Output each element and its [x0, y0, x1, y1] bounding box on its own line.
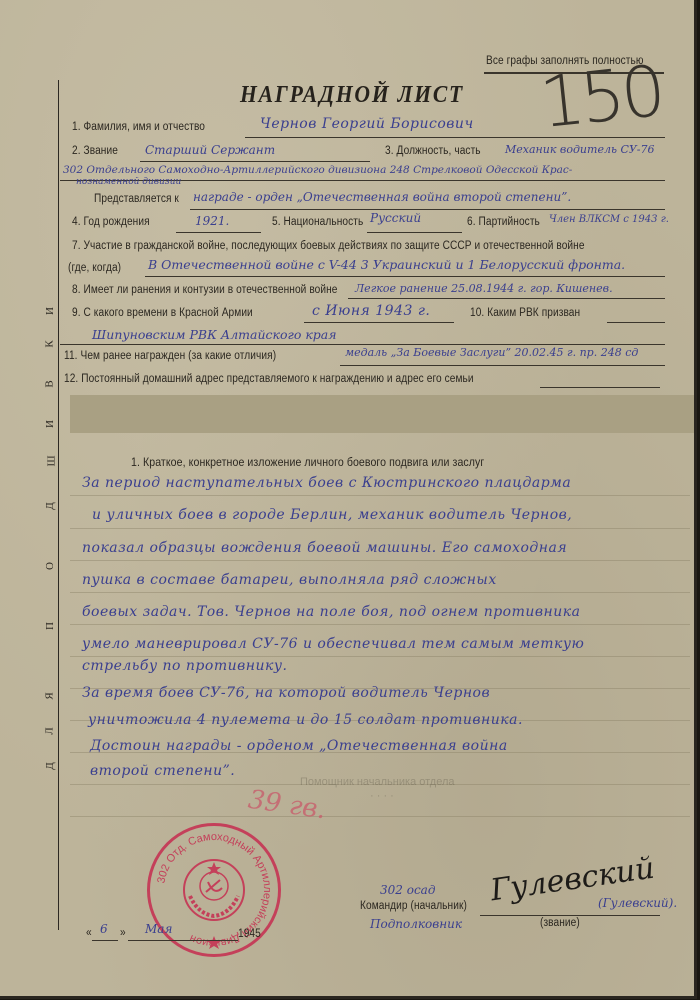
- field-1-underline: [245, 137, 665, 138]
- nominated-underline: [190, 209, 665, 210]
- date-open-quote: «: [86, 927, 92, 939]
- sidebar-letter: Л: [44, 727, 56, 734]
- ruled-line: [70, 560, 690, 561]
- sidebar-letter: Ш: [46, 455, 58, 466]
- feat-line: умело маневрировал СУ-76 и обеспечивал т…: [82, 636, 584, 652]
- sidebar-letter: В: [44, 380, 56, 387]
- field-3-value: Механик водитель СУ-76: [505, 143, 655, 156]
- field-2-value: Старший Сержант: [145, 143, 275, 157]
- field-5-underline: [367, 232, 462, 233]
- field-4-label: 4. Год рождения: [72, 216, 150, 228]
- field-7-value: В Отечественной войне с V-44 3 Украински…: [148, 257, 625, 272]
- date-day-underline: [92, 940, 118, 941]
- field-5-label: 5. Национальность: [272, 216, 363, 228]
- field-7-underline: [145, 276, 665, 277]
- field-6-value: Член ВЛКСМ с 1943 г.: [549, 214, 669, 225]
- field-11-value: медаль „За Боевые Заслуги” 20.02.45 г. п…: [345, 346, 638, 359]
- feat-line: боевых задач. Тов. Чернов на поле боя, п…: [82, 604, 581, 620]
- feat-line: За время боев СУ-76, на которой водитель…: [82, 685, 490, 701]
- commander-name: (Гулевский).: [598, 896, 677, 910]
- feat-line: и уличных боев в городе Берлин, механик …: [92, 507, 572, 523]
- ruled-line: [70, 495, 690, 496]
- field-10-label: 10. Каким РВК призван: [470, 307, 580, 319]
- sidebar-letter: П: [44, 622, 56, 630]
- award-sheet-page: И К В И Ш Д О П Я Л Д Все графы заполнят…: [0, 0, 697, 999]
- sidebar-letter: К: [44, 340, 56, 347]
- pencil-archive-number: 150: [536, 50, 666, 144]
- field-3-continuation-1: 302 Отдельного Самоходно-Артиллерийского…: [63, 164, 572, 176]
- ruled-line: [70, 592, 690, 593]
- field-8-underline: [348, 298, 665, 299]
- ruled-line: [70, 528, 690, 529]
- sidebar-letter: Я: [44, 692, 56, 699]
- field-2-underline: [140, 161, 370, 162]
- redacted-address-block: [70, 395, 694, 433]
- ruled-line: [70, 816, 690, 817]
- field-5-value: Русский: [370, 211, 421, 225]
- field-12-underline: [540, 387, 660, 388]
- rank-label: (звание): [540, 917, 580, 929]
- field-4-underline: [176, 232, 261, 233]
- ruled-line: [70, 624, 690, 625]
- field-1-label: 1. Фамилия, имя и отчество: [72, 121, 205, 133]
- date-month: Мая: [145, 922, 172, 936]
- field-6-label: 6. Партийность: [467, 216, 540, 228]
- field-12-label: 12. Постоянный домашний адрес представля…: [64, 373, 474, 385]
- feat-line: показал образцы вождения боевой машины. …: [82, 540, 567, 556]
- red-pencil-mark: 39 гв.: [246, 785, 327, 826]
- signature-underline: [480, 915, 660, 916]
- bleed-through-text: · · · ·: [370, 790, 394, 802]
- sidebar-letter: И: [44, 307, 56, 315]
- binding-margin-line: [58, 80, 59, 930]
- field-11-label: 11. Чем ранее награжден (за какие отличи…: [64, 350, 276, 362]
- date-day: 6: [100, 922, 108, 936]
- field-10-underline-1: [607, 322, 665, 323]
- field-1-value: Чернов Георгий Борисович: [260, 116, 474, 132]
- feat-line: уничтожила 4 пулемета и до 15 солдат про…: [88, 712, 523, 728]
- page-title: НАГРАДНОЙ ЛИСТ: [240, 82, 464, 109]
- rank-value: Подполковник: [370, 917, 462, 931]
- bleed-through-text: Помощник начальника отдела: [300, 776, 455, 788]
- feat-line: За период наступательных боев с Кюстринс…: [82, 475, 571, 491]
- field-3-label: 3. Должность, часть: [385, 145, 481, 157]
- field-4-value: 1921.: [195, 214, 229, 228]
- field-2-label: 2. Звание: [72, 145, 118, 157]
- sidebar-letter: Д: [44, 502, 56, 510]
- date-year: 1945: [238, 928, 261, 940]
- field-3-continuation-2: нознаменной дивизии: [76, 177, 181, 187]
- field-7-label: 7. Участие в гражданской войне, последую…: [72, 240, 585, 252]
- signature-unit: 302 осад: [380, 883, 435, 897]
- official-stamp: 302 Отд. Самоходный Артиллерийский Дивиз…: [147, 823, 281, 957]
- sidebar-letter: О: [44, 562, 56, 570]
- feat-line: Достоин награды - орденом „Отечественная…: [90, 738, 508, 754]
- field-10-value: Шипуновским РВК Алтайского края: [92, 327, 337, 342]
- field-9-value: с Июня 1943 г.: [312, 303, 430, 319]
- nominated-value: награде - орден „Отечественная война вто…: [193, 190, 571, 204]
- nominated-label: Представляется к: [94, 193, 179, 205]
- field-10-underline-2: [60, 344, 665, 345]
- feat-line: второй степени”.: [90, 763, 235, 779]
- date-close-quote: »: [120, 927, 126, 939]
- sidebar-letter: Д: [44, 762, 56, 770]
- date-month-underline: [128, 940, 238, 941]
- sidebar-letter: И: [44, 420, 56, 428]
- field-8-value: Легкое ранение 25.08.1944 г. гор. Кишене…: [355, 282, 613, 295]
- field-9-underline: [304, 322, 454, 323]
- feat-line: пушка в составе батареи, выполняла ряд с…: [82, 572, 497, 588]
- field-7-label-where: (где, когда): [68, 262, 121, 274]
- commander-label: Командир (начальник): [360, 900, 467, 912]
- feat-heading: 1. Краткое, конкретное изложение личного…: [131, 455, 484, 469]
- field-9-label: 9. С какого времени в Красной Армии: [72, 307, 253, 319]
- field-11-underline: [340, 365, 665, 366]
- field-8-label: 8. Имеет ли ранения и контузии в отечест…: [72, 284, 338, 296]
- feat-line: стрельбу по противнику.: [82, 658, 287, 674]
- ruled-line: [70, 656, 690, 657]
